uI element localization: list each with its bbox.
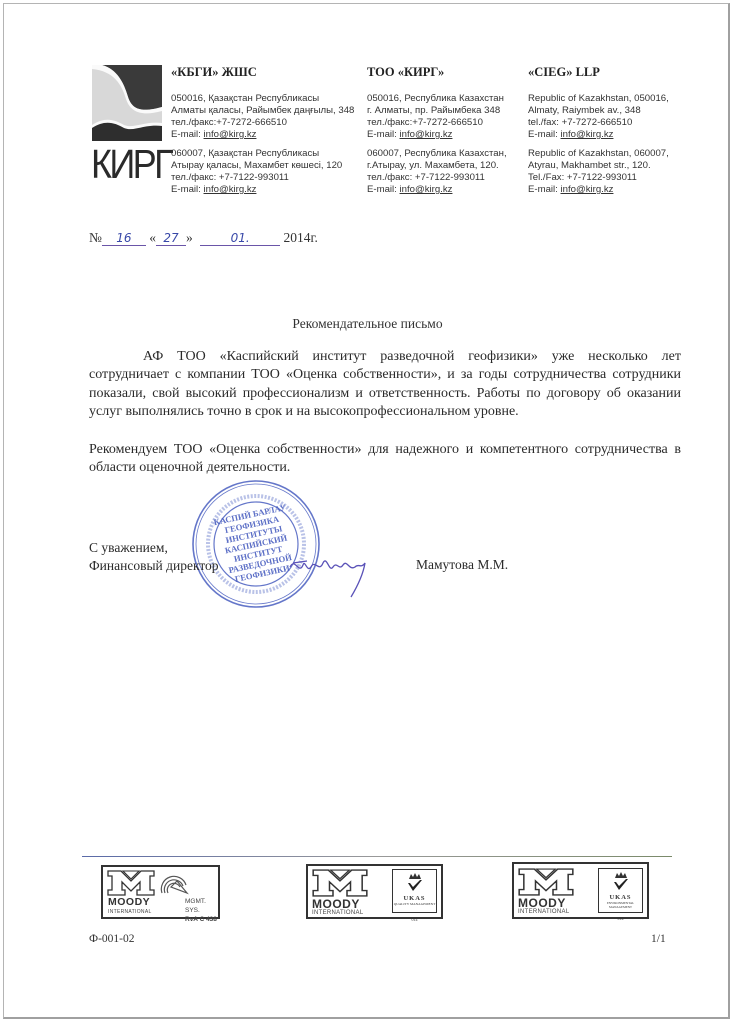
header-column-ru: ТОО «КИРГ» 050016, Республика Казахстан …: [367, 66, 507, 203]
address-block-almaty: Republic of Kazakhstan, 050016, Almaty, …: [528, 93, 669, 141]
cert-badge-rva: MOODY INTERNATIONAL MGMT. SYS. RvA C 438: [101, 865, 220, 919]
address-block-almaty: 050016, Республика Казахстан г. Алматы, …: [367, 93, 507, 141]
address-block-almaty: 050016, Қазақстан Республикасы Алматы қа…: [171, 93, 354, 141]
cert-badge-ukas-environmental: MOODY INTERNATIONAL UKAS ENVIRONMENTAL M…: [512, 862, 649, 919]
ukas-mark: UKAS QUALITY MANAGEMENT 014: [392, 869, 437, 913]
ukas-sub: ENVIRONMENTAL MANAGEMENT: [599, 901, 642, 909]
email-label: E-mail:: [367, 129, 400, 140]
email-line: E-mail: info@kirg.kz: [528, 129, 669, 141]
email-label: E-mail:: [171, 129, 204, 140]
email-link[interactable]: info@kirg.kz: [400, 129, 453, 140]
email-link[interactable]: info@kirg.kz: [561, 129, 614, 140]
letter-title: Рекомендательное письмо: [0, 316, 735, 332]
phone-line: тел./факс:+7-7272-666510: [367, 117, 507, 129]
email-link[interactable]: info@kirg.kz: [204, 184, 257, 195]
email-link[interactable]: info@kirg.kz: [204, 129, 257, 140]
address-line: Republic of Kazakhstan, 060007,: [528, 148, 669, 160]
email-line: E-mail: info@kirg.kz: [367, 184, 507, 196]
address-line: Атырау қаласы, Махамбет көшесі, 120: [171, 160, 354, 172]
address-line: 050016, Республика Казахстан: [367, 93, 507, 105]
paragraph-2: Рекомендуем ТОО «Оценка собственности» д…: [89, 441, 681, 478]
logo-wordmark: КИРГ: [91, 142, 156, 186]
address-line: г.Атырау, ул. Махамбета, 120.: [367, 160, 507, 172]
paragraph-1: АФ ТОО «Каспийский институт разведочной …: [89, 348, 681, 421]
signature-icon: [285, 545, 385, 600]
ukas-code: 014: [393, 917, 436, 922]
reference-line: №16 «27» 01. 2014г.: [89, 230, 318, 246]
ukas-label: UKAS: [393, 895, 436, 902]
rva-line: MGMT. SYS.: [185, 897, 218, 915]
email-line: E-mail: info@kirg.kz: [171, 129, 354, 141]
phone-line: тел./факс:+7-7272-666510: [171, 117, 354, 129]
moody-brand: MOODY: [312, 897, 360, 911]
address-line: 060007, Қазақстан Республикасы: [171, 148, 354, 160]
address-line: Atyrau, Makhambet str., 120.: [528, 160, 669, 172]
form-code: Ф-001-02: [89, 933, 135, 945]
handwritten-number: 16: [102, 231, 146, 246]
moody-sub: INTERNATIONAL: [108, 909, 152, 915]
moody-sub: INTERNATIONAL: [518, 909, 569, 915]
footer-divider: [82, 856, 672, 857]
email-label: E-mail:: [367, 184, 400, 195]
org-name: «CIEG» LLP: [528, 66, 669, 82]
crown-check-icon: [612, 871, 630, 893]
number-sign: №: [89, 230, 102, 245]
signer-name: Мамутова М.М.: [416, 557, 508, 573]
phone-line: тел./факс: +7-7122-993011: [171, 172, 354, 184]
moody-brand: MOODY: [518, 896, 566, 910]
moody-m-logo-icon: [312, 869, 368, 897]
phone-line: tel./fax: +7-7272-666510: [528, 117, 669, 129]
address-line: 050016, Қазақстан Республикасы: [171, 93, 354, 105]
address-block-atyrau: Republic of Kazakhstan, 060007, Atyrau, …: [528, 148, 669, 196]
quote-open: «: [146, 230, 156, 245]
phone-line: Tel./Fax: +7-7122-993011: [528, 172, 669, 184]
address-line: 060007, Республика Казахстан,: [367, 148, 507, 160]
closing-regards: С уважением,: [89, 539, 219, 557]
email-line: E-mail: info@kirg.kz: [367, 129, 507, 141]
header-column-en: «CIEG» LLP Republic of Kazakhstan, 05001…: [528, 66, 669, 203]
ukas-label: UKAS: [599, 894, 642, 901]
moody-m-logo-icon: [518, 868, 574, 896]
page-number: 1/1: [651, 933, 666, 945]
email-label: E-mail:: [528, 184, 561, 195]
rva-text: MGMT. SYS. RvA C 438: [185, 897, 218, 924]
org-name: «КБГИ» ЖШС: [171, 66, 354, 82]
phone-line: тел./факс: +7-7122-993011: [367, 172, 507, 184]
cert-badge-ukas-quality: MOODY INTERNATIONAL UKAS QUALITY MANAGEM…: [306, 864, 443, 919]
ukas-sub: QUALITY MANAGEMENT: [393, 902, 436, 906]
email-link[interactable]: info@kirg.kz: [561, 184, 614, 195]
address-line: Алматы қаласы, Райымбек даңғылы, 348: [171, 105, 354, 117]
address-block-atyrau: 060007, Республика Казахстан, г.Атырау, …: [367, 148, 507, 196]
email-label: E-mail:: [528, 129, 561, 140]
quote-close: »: [186, 230, 196, 245]
address-line: Almaty, Raiymbek av., 348: [528, 105, 669, 117]
ukas-mark: UKAS ENVIRONMENTAL MANAGEMENT 014: [598, 868, 643, 913]
email-line: E-mail: info@kirg.kz: [171, 184, 354, 196]
signer-position: Финансовый директор: [89, 557, 219, 575]
moody-sub: INTERNATIONAL: [312, 910, 363, 916]
address-line: Republic of Kazakhstan, 050016,: [528, 93, 669, 105]
email-label: E-mail:: [171, 184, 204, 195]
rva-mark-icon: [159, 873, 189, 895]
moody-m-logo-icon: [107, 870, 155, 896]
closing-block: С уважением, Финансовый директор: [89, 539, 219, 575]
address-block-atyrau: 060007, Қазақстан Республикасы Атырау қа…: [171, 148, 354, 196]
year: 2014г.: [280, 230, 318, 245]
rva-line: RvA C 438: [185, 915, 218, 924]
ukas-code: 014: [599, 916, 642, 921]
email-line: E-mail: info@kirg.kz: [528, 184, 669, 196]
handwritten-month: 01.: [200, 231, 280, 246]
moody-brand: MOODY: [108, 896, 150, 908]
crown-check-icon: [406, 872, 424, 894]
header-column-kz: «КБГИ» ЖШС 050016, Қазақстан Республикас…: [171, 66, 354, 203]
org-name: ТОО «КИРГ»: [367, 66, 507, 82]
address-line: г. Алматы, пр. Райымбека 348: [367, 105, 507, 117]
handwritten-day: 27: [156, 231, 186, 246]
email-link[interactable]: info@kirg.kz: [400, 184, 453, 195]
